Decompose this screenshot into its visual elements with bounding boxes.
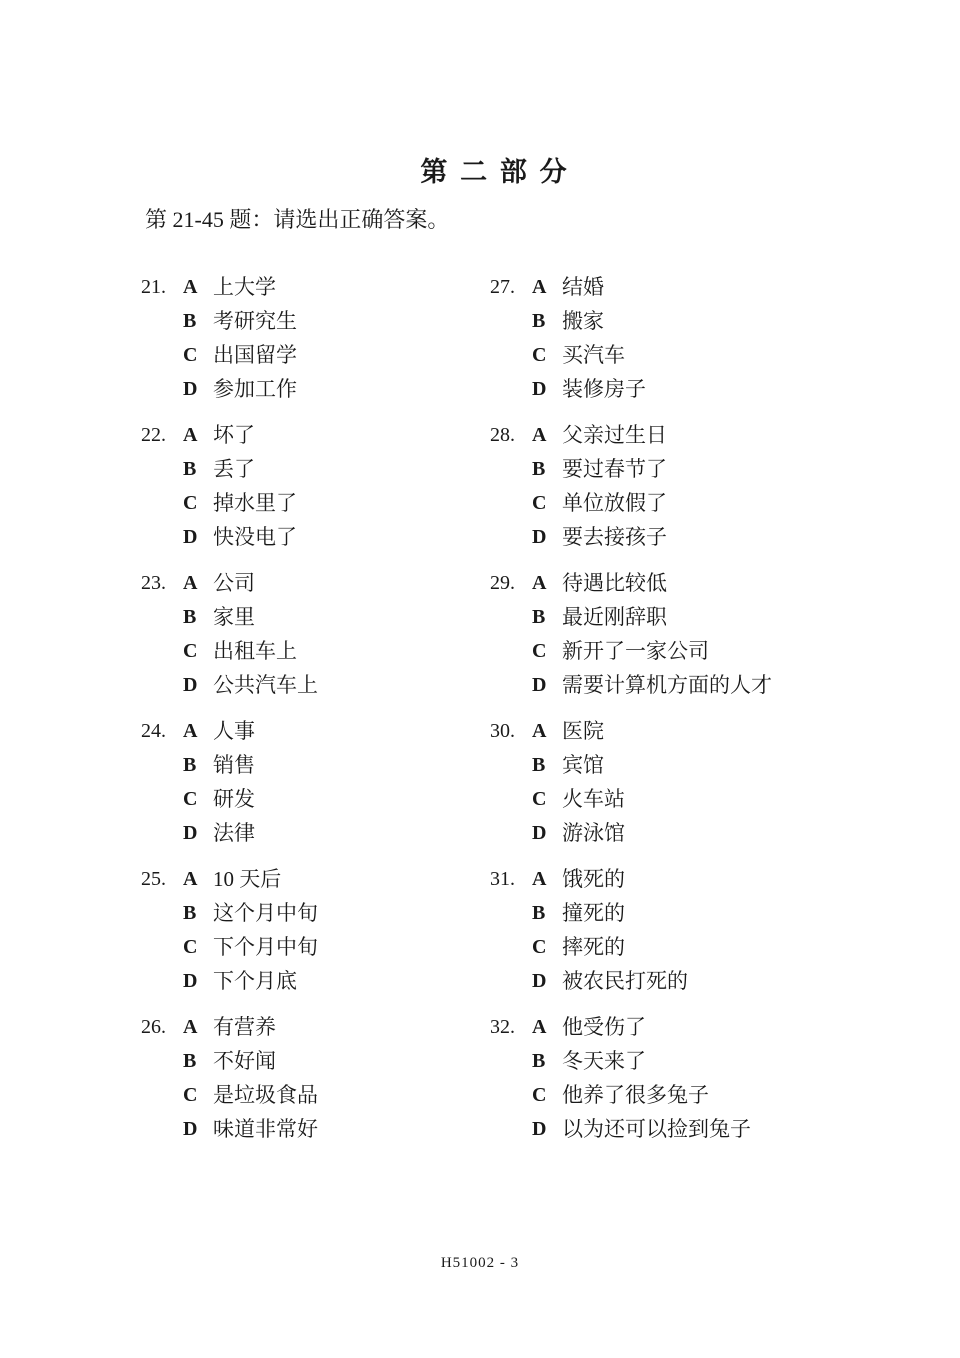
- option-text: 需要计算机方面的人才: [562, 668, 772, 702]
- option-row: 29.A待遇比较低: [490, 566, 772, 600]
- questions-column-right: 27.A结婚B搬家C买汽车D装修房子28.A父亲过生日B要过春节了C单位放假了D…: [490, 270, 772, 1158]
- question-number: 30.: [490, 714, 532, 748]
- page-footer: H51002 - 3: [0, 1255, 960, 1272]
- option-text: 味道非常好: [213, 1112, 318, 1146]
- option-text: 不好闻: [213, 1044, 318, 1078]
- question-number-spacer: [490, 964, 532, 998]
- question-number-spacer: [490, 338, 532, 372]
- option-text: 他受伤了: [562, 1010, 772, 1044]
- option-text: 结婚: [562, 270, 772, 304]
- option-text: 要过春节了: [562, 452, 772, 486]
- question-number-spacer: [141, 634, 183, 668]
- question-number-spacer: [141, 1044, 183, 1078]
- option-row: D要去接孩子: [490, 520, 772, 554]
- option-text: 下个月中旬: [213, 930, 318, 964]
- question-number-spacer: [141, 452, 183, 486]
- option-row: D游泳馆: [490, 816, 772, 850]
- question-number-spacer: [490, 816, 532, 850]
- question-number-spacer: [141, 520, 183, 554]
- option-row: B撞死的: [490, 896, 772, 930]
- question-number: 28.: [490, 418, 532, 452]
- option-text: 掉水里了: [213, 486, 318, 520]
- question-number: 29.: [490, 566, 532, 600]
- question-number: 32.: [490, 1010, 532, 1044]
- option-row: C摔死的: [490, 930, 772, 964]
- option-letter: C: [183, 930, 213, 964]
- option-row: 25.A10 天后: [141, 862, 318, 896]
- option-row: D需要计算机方面的人才: [490, 668, 772, 702]
- option-row: 21.A上大学: [141, 270, 318, 304]
- option-row: 22.A坏了: [141, 418, 318, 452]
- option-text: 是垃圾食品: [213, 1078, 318, 1112]
- option-text: 新开了一家公司: [562, 634, 772, 668]
- option-text: 买汽车: [562, 338, 772, 372]
- option-text: 装修房子: [562, 372, 772, 406]
- option-row: C新开了一家公司: [490, 634, 772, 668]
- option-letter: A: [532, 714, 562, 748]
- question-number: 27.: [490, 270, 532, 304]
- question-number-spacer: [141, 896, 183, 930]
- option-row: C出租车上: [141, 634, 318, 668]
- option-letter: D: [532, 668, 562, 702]
- question-number-spacer: [141, 600, 183, 634]
- option-letter: A: [532, 566, 562, 600]
- option-text: 宾馆: [562, 748, 772, 782]
- option-text: 研发: [213, 782, 318, 816]
- option-row: D快没电了: [141, 520, 318, 554]
- option-letter: C: [532, 486, 562, 520]
- option-text: 法律: [213, 816, 318, 850]
- option-text: 下个月底: [213, 964, 318, 998]
- option-row: D参加工作: [141, 372, 318, 406]
- option-row: B考研究生: [141, 304, 318, 338]
- option-letter: C: [183, 1078, 213, 1112]
- option-row: C掉水里了: [141, 486, 318, 520]
- option-letter: D: [532, 964, 562, 998]
- option-letter: D: [532, 372, 562, 406]
- section-title: 第 二 部 分: [15, 150, 960, 189]
- option-text: 搬家: [562, 304, 772, 338]
- option-text: 10 天后: [213, 862, 318, 896]
- question-number-spacer: [141, 964, 183, 998]
- question-block: 23.A公司B家里C出租车上D公共汽车上: [141, 566, 318, 702]
- option-letter: D: [183, 520, 213, 554]
- option-letter: C: [183, 782, 213, 816]
- option-row: C下个月中旬: [141, 930, 318, 964]
- option-text: 快没电了: [213, 520, 318, 554]
- question-block: 24.A人事B销售C研发D法律: [141, 714, 318, 850]
- option-row: D以为还可以捡到兔子: [490, 1112, 772, 1146]
- question-number-spacer: [141, 816, 183, 850]
- option-text: 公共汽车上: [213, 668, 318, 702]
- option-text: 这个月中旬: [213, 896, 318, 930]
- question-number-spacer: [490, 930, 532, 964]
- question-number-spacer: [490, 600, 532, 634]
- question-block: 29.A待遇比较低B最近刚辞职C新开了一家公司D需要计算机方面的人才: [490, 566, 772, 702]
- option-text: 冬天来了: [562, 1044, 772, 1078]
- option-row: B宾馆: [490, 748, 772, 782]
- question-block: 32.A他受伤了B冬天来了C他养了很多兔子D以为还可以捡到兔子: [490, 1010, 772, 1146]
- question-number-spacer: [490, 1078, 532, 1112]
- option-row: 31.A饿死的: [490, 862, 772, 896]
- option-letter: A: [532, 1010, 562, 1044]
- option-row: 24.A人事: [141, 714, 318, 748]
- exam-page: { "colors": { "text": "#1a1a1a", "backgr…: [0, 0, 960, 1358]
- option-text: 公司: [213, 566, 318, 600]
- option-letter: C: [183, 634, 213, 668]
- option-text: 父亲过生日: [562, 418, 772, 452]
- option-text: 有营养: [213, 1010, 318, 1044]
- question-number-spacer: [490, 748, 532, 782]
- option-letter: A: [183, 566, 213, 600]
- option-letter: C: [532, 1078, 562, 1112]
- option-letter: B: [532, 748, 562, 782]
- question-number-spacer: [490, 634, 532, 668]
- option-text: 被农民打死的: [562, 964, 772, 998]
- option-row: 28.A父亲过生日: [490, 418, 772, 452]
- question-number-spacer: [490, 1112, 532, 1146]
- question-block: 26.A有营养B不好闻C是垃圾食品D味道非常好: [141, 1010, 318, 1146]
- instruction-line: 第 21-45 题：请选出正确答案。: [145, 203, 449, 234]
- option-letter: B: [532, 1044, 562, 1078]
- option-letter: C: [532, 930, 562, 964]
- option-letter: B: [183, 1044, 213, 1078]
- option-letter: C: [532, 634, 562, 668]
- option-letter: D: [532, 520, 562, 554]
- option-text: 撞死的: [562, 896, 772, 930]
- option-row: 32.A他受伤了: [490, 1010, 772, 1044]
- option-letter: D: [183, 1112, 213, 1146]
- option-row: D公共汽车上: [141, 668, 318, 702]
- option-letter: B: [532, 452, 562, 486]
- option-letter: C: [183, 338, 213, 372]
- question-block: 28.A父亲过生日B要过春节了C单位放假了D要去接孩子: [490, 418, 772, 554]
- option-letter: A: [183, 418, 213, 452]
- option-row: C单位放假了: [490, 486, 772, 520]
- option-text: 上大学: [213, 270, 318, 304]
- option-letter: B: [183, 304, 213, 338]
- question-number-spacer: [490, 304, 532, 338]
- question-number: 26.: [141, 1010, 183, 1044]
- option-letter: D: [183, 964, 213, 998]
- option-text: 游泳馆: [562, 816, 772, 850]
- question-number-spacer: [141, 304, 183, 338]
- option-row: D被农民打死的: [490, 964, 772, 998]
- question-number: 25.: [141, 862, 183, 896]
- question-number-spacer: [490, 452, 532, 486]
- question-block: 22.A坏了B丢了C掉水里了D快没电了: [141, 418, 318, 554]
- option-text: 人事: [213, 714, 318, 748]
- option-row: B要过春节了: [490, 452, 772, 486]
- question-number-spacer: [490, 1044, 532, 1078]
- option-row: D装修房子: [490, 372, 772, 406]
- option-row: C是垃圾食品: [141, 1078, 318, 1112]
- option-letter: B: [183, 896, 213, 930]
- option-letter: A: [532, 418, 562, 452]
- option-letter: B: [532, 600, 562, 634]
- question-number-spacer: [490, 486, 532, 520]
- question-number-spacer: [490, 896, 532, 930]
- option-letter: A: [183, 714, 213, 748]
- question-number: 23.: [141, 566, 183, 600]
- option-letter: A: [532, 862, 562, 896]
- option-row: B这个月中旬: [141, 896, 318, 930]
- question-number-spacer: [490, 782, 532, 816]
- question-number: 24.: [141, 714, 183, 748]
- questions-column-left: 21.A上大学B考研究生C出国留学D参加工作22.A坏了B丢了C掉水里了D快没电…: [141, 270, 318, 1158]
- question-block: 25.A10 天后B这个月中旬C下个月中旬D下个月底: [141, 862, 318, 998]
- option-row: D味道非常好: [141, 1112, 318, 1146]
- option-row: B家里: [141, 600, 318, 634]
- option-letter: B: [183, 748, 213, 782]
- question-number-spacer: [490, 668, 532, 702]
- option-row: C出国留学: [141, 338, 318, 372]
- option-row: C火车站: [490, 782, 772, 816]
- option-row: C他养了很多兔子: [490, 1078, 772, 1112]
- option-letter: A: [183, 1010, 213, 1044]
- question-block: 21.A上大学B考研究生C出国留学D参加工作: [141, 270, 318, 406]
- question-number-spacer: [141, 668, 183, 702]
- option-letter: A: [183, 270, 213, 304]
- question-number-spacer: [141, 338, 183, 372]
- option-letter: A: [183, 862, 213, 896]
- option-letter: D: [532, 1112, 562, 1146]
- question-block: 27.A结婚B搬家C买汽车D装修房子: [490, 270, 772, 406]
- option-row: B冬天来了: [490, 1044, 772, 1078]
- question-number-spacer: [141, 930, 183, 964]
- question-number-spacer: [141, 782, 183, 816]
- option-text: 单位放假了: [562, 486, 772, 520]
- option-text: 坏了: [213, 418, 318, 452]
- option-letter: C: [183, 486, 213, 520]
- option-row: 30.A医院: [490, 714, 772, 748]
- question-number: 31.: [490, 862, 532, 896]
- question-number-spacer: [141, 1112, 183, 1146]
- option-text: 家里: [213, 600, 318, 634]
- question-number: 22.: [141, 418, 183, 452]
- option-row: B最近刚辞职: [490, 600, 772, 634]
- question-number-spacer: [490, 372, 532, 406]
- question-number-spacer: [141, 1078, 183, 1112]
- option-row: C买汽车: [490, 338, 772, 372]
- option-letter: C: [532, 782, 562, 816]
- option-text: 要去接孩子: [562, 520, 772, 554]
- option-row: D下个月底: [141, 964, 318, 998]
- option-row: B搬家: [490, 304, 772, 338]
- option-text: 饿死的: [562, 862, 772, 896]
- option-text: 他养了很多兔子: [562, 1078, 772, 1112]
- question-block: 31.A饿死的B撞死的C摔死的D被农民打死的: [490, 862, 772, 998]
- option-letter: D: [183, 668, 213, 702]
- option-row: B丢了: [141, 452, 318, 486]
- option-letter: A: [532, 270, 562, 304]
- option-text: 考研究生: [213, 304, 318, 338]
- option-letter: B: [532, 896, 562, 930]
- option-text: 以为还可以捡到兔子: [562, 1112, 772, 1146]
- option-text: 摔死的: [562, 930, 772, 964]
- option-letter: C: [532, 338, 562, 372]
- question-number-spacer: [141, 372, 183, 406]
- question-number-spacer: [141, 486, 183, 520]
- option-text: 待遇比较低: [562, 566, 772, 600]
- question-number-spacer: [141, 748, 183, 782]
- document-sheet: 第 二 部 分 第 21-45 题：请选出正确答案。 21.A上大学B考研究生C…: [0, 0, 960, 1358]
- option-text: 丢了: [213, 452, 318, 486]
- option-text: 出国留学: [213, 338, 318, 372]
- option-row: 23.A公司: [141, 566, 318, 600]
- option-text: 火车站: [562, 782, 772, 816]
- option-letter: B: [183, 452, 213, 486]
- option-text: 销售: [213, 748, 318, 782]
- option-text: 出租车上: [213, 634, 318, 668]
- option-row: 27.A结婚: [490, 270, 772, 304]
- question-number: 21.: [141, 270, 183, 304]
- option-row: C研发: [141, 782, 318, 816]
- option-text: 参加工作: [213, 372, 318, 406]
- option-letter: B: [183, 600, 213, 634]
- option-letter: D: [183, 372, 213, 406]
- option-row: B销售: [141, 748, 318, 782]
- option-text: 医院: [562, 714, 772, 748]
- option-letter: D: [183, 816, 213, 850]
- question-block: 30.A医院B宾馆C火车站D游泳馆: [490, 714, 772, 850]
- option-letter: D: [532, 816, 562, 850]
- option-text: 最近刚辞职: [562, 600, 772, 634]
- option-row: D法律: [141, 816, 318, 850]
- question-number-spacer: [490, 520, 532, 554]
- option-row: B不好闻: [141, 1044, 318, 1078]
- option-letter: B: [532, 304, 562, 338]
- option-row: 26.A有营养: [141, 1010, 318, 1044]
